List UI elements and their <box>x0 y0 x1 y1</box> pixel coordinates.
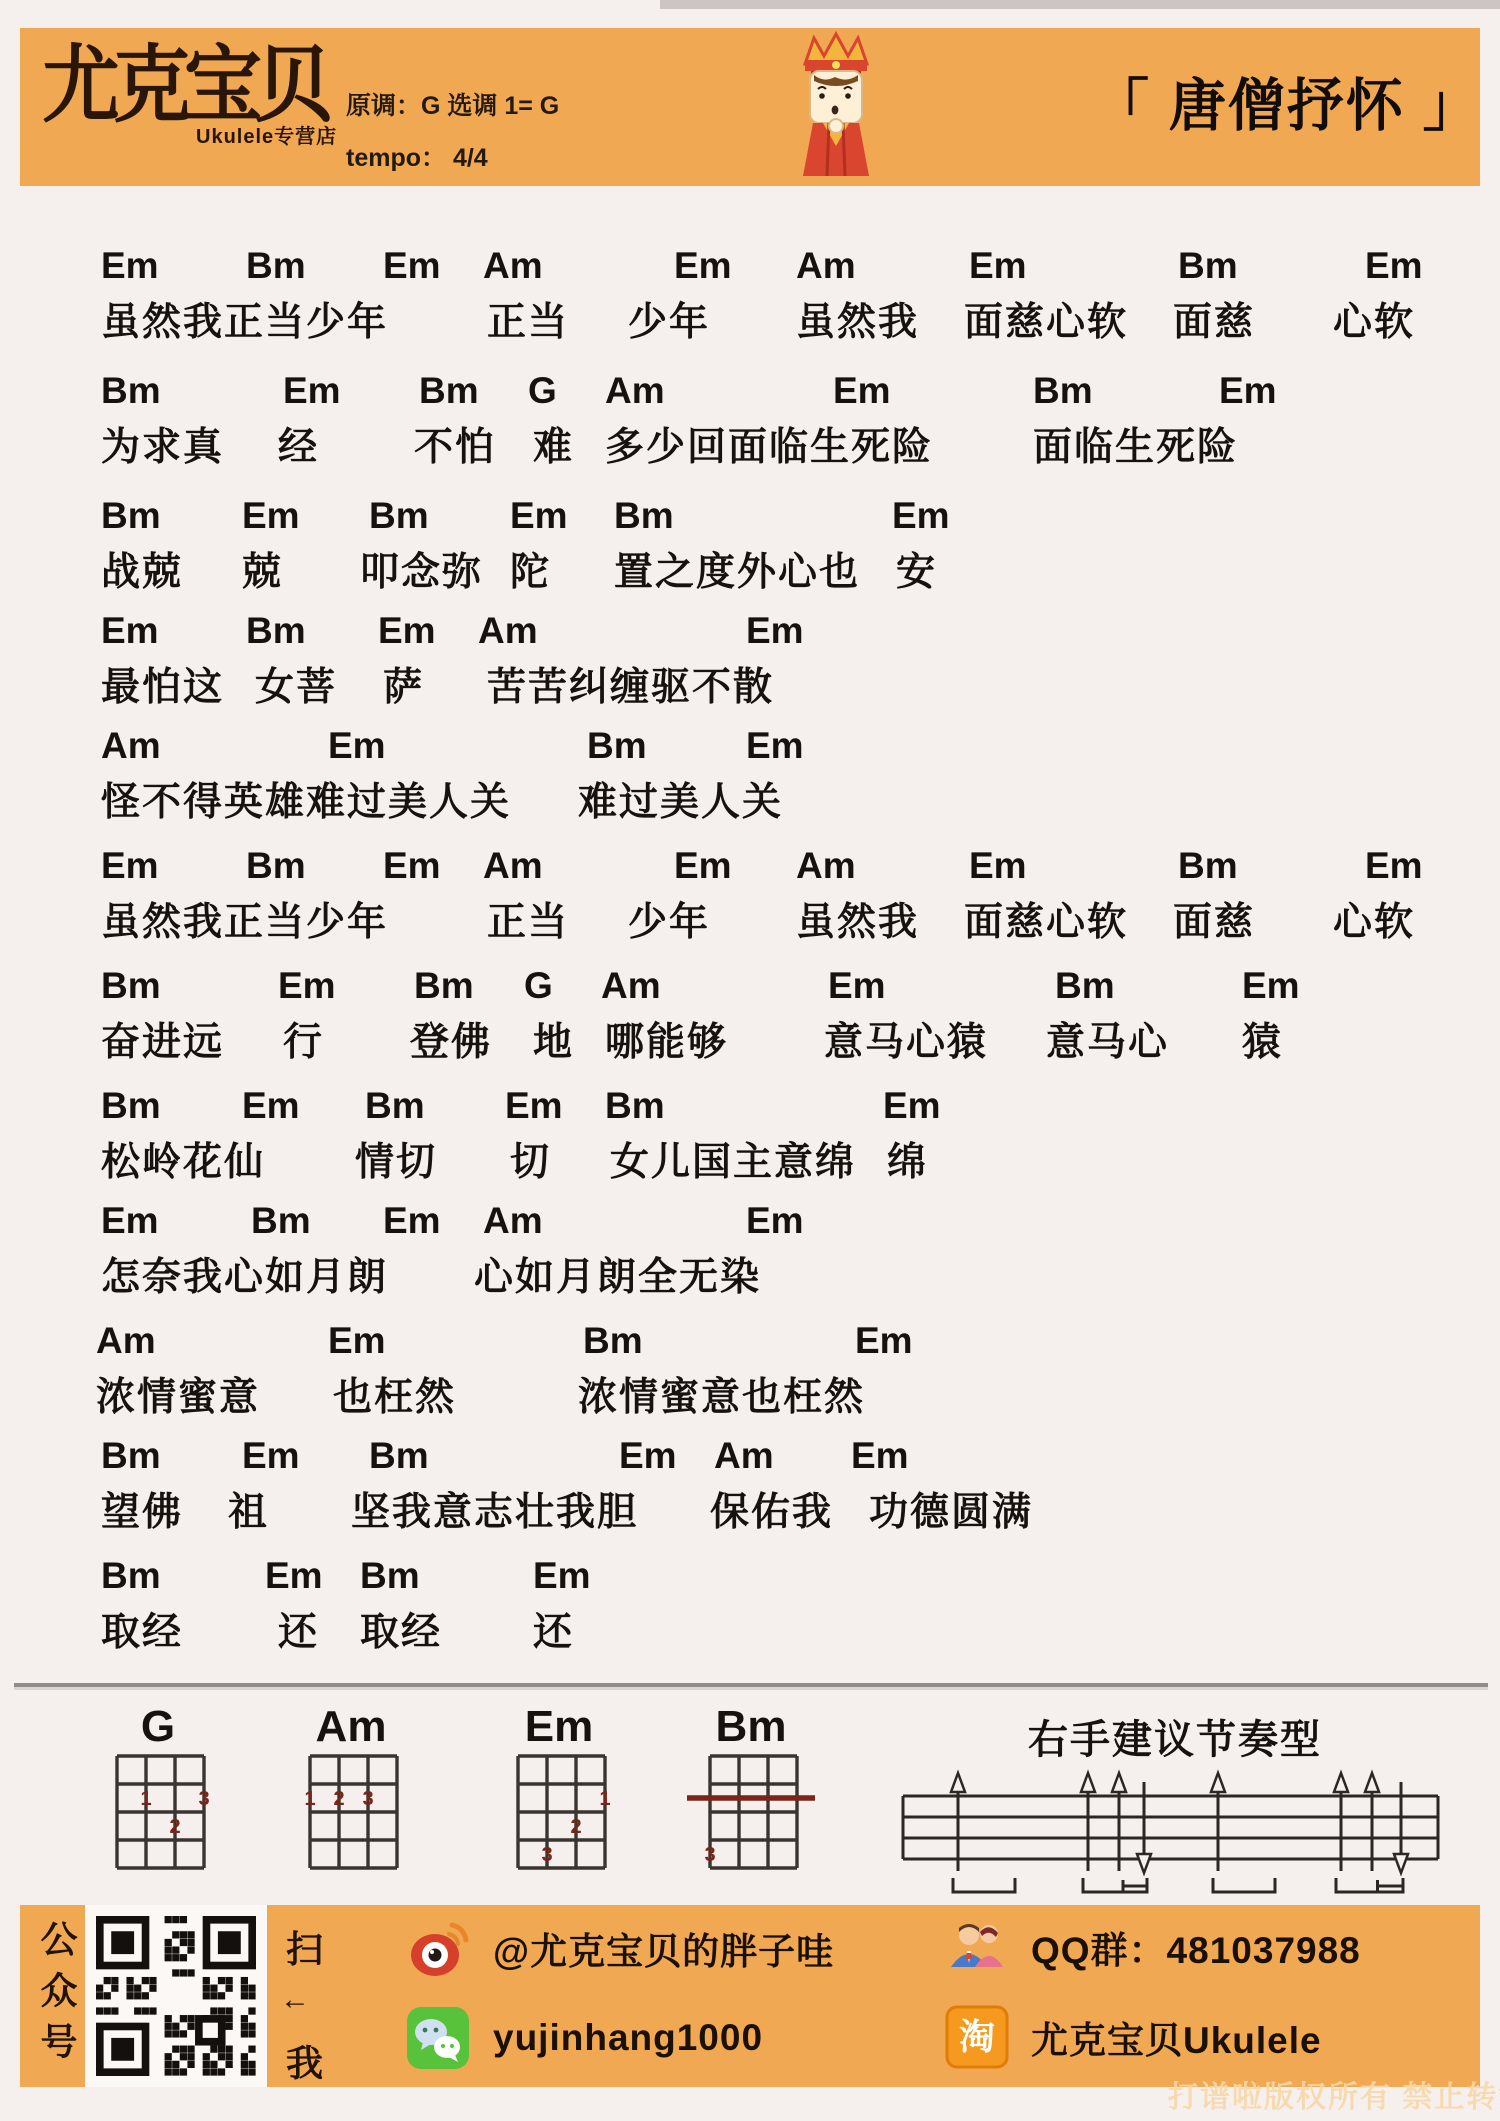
lyric-token: 行 <box>283 1011 324 1067</box>
lyric-token: 面临生死险 <box>1033 416 1238 472</box>
song-line: EmBmEmAmEm怎奈我心如月朗心如月朗全无染 <box>0 1200 1500 1300</box>
lyric-token: 还 <box>533 1601 574 1657</box>
scan-label-top: 扫 <box>286 1919 323 1973</box>
lyric-token: 安 <box>896 541 937 597</box>
lyric-token: 虽然我正当少年 <box>101 891 388 947</box>
chord-token: Bm <box>246 610 306 652</box>
chord-token: Bm <box>101 1085 161 1127</box>
chord-token: Bm <box>1055 965 1115 1007</box>
lyric-token: 少年 <box>628 891 710 947</box>
chord-token: Em <box>674 845 732 887</box>
chord-token: Em <box>510 495 568 537</box>
chord-token: Bm <box>101 1435 161 1477</box>
chord-grid: 3 <box>683 1752 819 1878</box>
svg-text:3: 3 <box>362 1788 373 1810</box>
song-line: AmEmBmEm浓情蜜意也枉然浓情蜜意也枉然 <box>0 1320 1500 1420</box>
qq-group-row: QQ群：481037988 <box>945 1915 1361 1979</box>
lyric-token: 置之度外心也 <box>614 541 860 597</box>
lyric-token: 浓情蜜意 <box>96 1366 260 1422</box>
chord-token: Em <box>892 495 950 537</box>
song-line: AmEmBmEm怪不得英雄难过美人关难过美人关 <box>0 725 1500 825</box>
chord-grid: 123 <box>283 1752 419 1878</box>
lyric-token: 为求真 <box>101 416 224 472</box>
chord-name: G <box>90 1702 226 1752</box>
chord-token: Am <box>714 1435 774 1477</box>
lyric-token: 切 <box>510 1131 551 1187</box>
chord-token: Em <box>969 845 1027 887</box>
chord-sheet-page: 尤克宝贝 Ukulele专营店 原调：G 选调 1= G tempo： 4/4 <box>0 0 1500 2121</box>
lyric-token: 叩念弥 <box>360 541 483 597</box>
chord-token: Bm <box>101 370 161 412</box>
chord-token: Bm <box>614 495 674 537</box>
chord-token: Em <box>101 845 159 887</box>
lyric-token: 取经 <box>360 1601 442 1657</box>
chord-token: Em <box>378 610 436 652</box>
lyric-token: 多少回面临生死险 <box>605 416 933 472</box>
chord-token: Em <box>101 610 159 652</box>
lyric-token: 陀 <box>510 541 551 597</box>
chord-token: Em <box>969 245 1027 287</box>
song-line: BmEmBmEmAmEm望佛祖坚我意志壮我胆保佑我功德圆满 <box>0 1435 1500 1535</box>
lyric-token: 望佛 <box>101 1481 183 1537</box>
lyric-token: 正当 <box>487 291 569 347</box>
lyric-token: 还 <box>278 1601 319 1657</box>
chord-token: Bm <box>101 965 161 1007</box>
lyric-token: 面慈心软 <box>964 891 1128 947</box>
taobao-shop-name: 尤克宝贝Ukulele <box>1031 2010 1322 2064</box>
lyric-token: 难 <box>533 416 574 472</box>
qq-group-number: QQ群：481037988 <box>1031 1920 1361 1974</box>
chord-token: Bm <box>1033 370 1093 412</box>
lyric-token: 意马心 <box>1046 1011 1169 1067</box>
lyric-token: 心软 <box>1333 291 1415 347</box>
svg-text:3: 3 <box>704 1844 715 1866</box>
lyric-token: 虽然我正当少年 <box>101 291 388 347</box>
song-line: BmEmBmGAmEmBmEm为求真经不怕难多少回面临生死险面临生死险 <box>0 370 1500 470</box>
chord-token: Em <box>242 1435 300 1477</box>
lyric-token: 取经 <box>101 1601 183 1657</box>
chord-name: Am <box>283 1702 419 1752</box>
chord-token: Em <box>101 245 159 287</box>
copyright-watermark: 打谱啦版权所有 禁止转载 <box>1168 2072 1500 2116</box>
chord-token: Am <box>601 965 661 1007</box>
svg-text:1: 1 <box>140 1788 151 1810</box>
qr-code-box <box>85 1905 267 2087</box>
chord-token: G <box>524 965 553 1007</box>
chord-token: Em <box>1365 245 1423 287</box>
qr-code <box>96 1916 256 2076</box>
svg-text:2: 2 <box>169 1816 180 1838</box>
chord-token: Em <box>328 725 386 767</box>
lyric-token: 最怕这 <box>101 656 224 712</box>
lyric-token: 苦苦纠缠驱不散 <box>487 656 774 712</box>
chord-token: G <box>528 370 557 412</box>
lyric-token: 登佛 <box>410 1011 492 1067</box>
scan-me-hint: 扫 ← 我 <box>278 1905 340 2087</box>
left-arrow-icon: ← <box>280 1983 310 2017</box>
chord-token: Em <box>383 845 441 887</box>
chord-diagram-Am: Am123 <box>283 1702 419 1883</box>
chord-token: Bm <box>583 1320 643 1362</box>
chord-diagram-Em: Em123 <box>491 1702 627 1883</box>
lyric-token: 猿 <box>1242 1011 1283 1067</box>
qq-group-icon <box>945 1915 1009 1979</box>
chord-token: Am <box>483 1200 543 1242</box>
lyric-token: 哪能够 <box>605 1011 728 1067</box>
chord-token: Am <box>478 610 538 652</box>
lyric-token: 意马心猿 <box>824 1011 988 1067</box>
song-line: BmEmBmEmBmEm战兢兢叩念弥陀置之度外心也安 <box>0 495 1500 595</box>
lyric-token: 面慈 <box>1173 291 1255 347</box>
chord-token: Em <box>746 1200 804 1242</box>
chord-token: Em <box>533 1555 591 1597</box>
lyric-token: 绵 <box>887 1131 928 1187</box>
chord-token: Em <box>283 370 341 412</box>
svg-text:2: 2 <box>570 1816 581 1838</box>
chord-grid: 123 <box>90 1752 226 1878</box>
chord-token: Em <box>101 1200 159 1242</box>
lyric-token: 不怕 <box>414 416 496 472</box>
chord-diagram-G: G123 <box>90 1702 226 1883</box>
lyric-token: 浓情蜜意也枉然 <box>578 1366 865 1422</box>
chord-token: Am <box>483 845 543 887</box>
chord-grid: 123 <box>491 1752 627 1878</box>
lyric-token: 经 <box>278 416 319 472</box>
lyric-token: 情切 <box>355 1131 437 1187</box>
footer-banner: 公众号 扫 ← 我 @尤克宝贝的胖子哇 <box>20 1905 1480 2087</box>
song-line: BmEmBmEm取经还取经还 <box>0 1555 1500 1655</box>
lyric-token: 也枉然 <box>333 1366 456 1422</box>
chord-token: Em <box>1219 370 1277 412</box>
lyric-token: 面慈 <box>1173 891 1255 947</box>
svg-text:3: 3 <box>541 1844 552 1866</box>
chord-token: Bm <box>1178 245 1238 287</box>
wechat-id: yujinhang1000 <box>493 2017 763 2059</box>
rhythm-pattern-staff <box>895 1768 1445 1900</box>
chord-token: Bm <box>365 1085 425 1127</box>
chord-token: Em <box>242 495 300 537</box>
chord-token: Em <box>1242 965 1300 1007</box>
taobao-icon: 淘 <box>945 2005 1009 2069</box>
song-line: EmBmEmAmEmAmEmBmEm虽然我正当少年正当少年虽然我面慈心软面慈心软 <box>0 245 1500 345</box>
svg-text:1: 1 <box>304 1788 315 1810</box>
chord-token: Am <box>101 725 161 767</box>
lyric-token: 女菩 <box>255 656 337 712</box>
svg-text:3: 3 <box>198 1788 209 1810</box>
chord-token: Am <box>605 370 665 412</box>
lyric-token: 功德圆满 <box>869 1481 1033 1537</box>
chord-token: Em <box>1365 845 1423 887</box>
chord-token: Em <box>746 725 804 767</box>
chord-token: Am <box>483 245 543 287</box>
chord-token: Em <box>746 610 804 652</box>
lyric-token: 兢 <box>242 541 283 597</box>
chord-diagram-Bm: Bm3 <box>683 1702 819 1883</box>
chord-token: Em <box>851 1435 909 1477</box>
weibo-row: @尤克宝贝的胖子哇 <box>405 1915 834 1981</box>
lyric-token: 心如月朗全无染 <box>474 1246 761 1302</box>
chord-token: Bm <box>587 725 647 767</box>
chord-token: Bm <box>101 1555 161 1597</box>
weibo-handle: @尤克宝贝的胖子哇 <box>493 1921 834 1975</box>
lyric-token: 地 <box>533 1011 574 1067</box>
public-account-label: 公众号 <box>30 1913 82 2079</box>
chord-token: Bm <box>414 965 474 1007</box>
chord-token: Em <box>505 1085 563 1127</box>
chord-token: Em <box>674 245 732 287</box>
svg-text:2: 2 <box>333 1788 344 1810</box>
chord-token: Em <box>383 245 441 287</box>
chord-token: Bm <box>101 495 161 537</box>
lyric-token: 坚我意志壮我胆 <box>351 1481 638 1537</box>
lyric-token: 心软 <box>1333 891 1415 947</box>
chord-token: Bm <box>360 1555 420 1597</box>
chord-token: Bm <box>419 370 479 412</box>
lyric-token: 女儿国主意绵 <box>610 1131 856 1187</box>
chord-token: Em <box>242 1085 300 1127</box>
chord-token: Em <box>855 1320 913 1362</box>
lyric-token: 怎奈我心如月朗 <box>101 1246 388 1302</box>
song-line: EmBmEmAmEmAmEmBmEm虽然我正当少年正当少年虽然我面慈心软面慈心软 <box>0 845 1500 945</box>
chord-token: Em <box>265 1555 323 1597</box>
lyric-token: 难过美人关 <box>578 771 783 827</box>
lyric-token: 怪不得英雄难过美人关 <box>101 771 511 827</box>
chord-token: Em <box>833 370 891 412</box>
lyric-token: 虽然我 <box>796 891 919 947</box>
lyric-token: 面慈心软 <box>964 291 1128 347</box>
chord-token: Em <box>383 1200 441 1242</box>
chord-token: Am <box>96 1320 156 1362</box>
wechat-row: yujinhang1000 <box>405 2005 763 2071</box>
lyric-token: 松岭花仙 <box>101 1131 265 1187</box>
wechat-icon <box>405 2005 471 2071</box>
taobao-row: 淘 尤克宝贝Ukulele <box>945 2005 1322 2069</box>
lyric-token: 战兢 <box>101 541 183 597</box>
chord-token: Bm <box>369 1435 429 1477</box>
section-divider <box>14 1683 1488 1690</box>
chord-token: Em <box>619 1435 677 1477</box>
chord-token: Bm <box>246 245 306 287</box>
chord-token: Bm <box>251 1200 311 1242</box>
chord-token: Em <box>328 1320 386 1362</box>
chord-token: Am <box>796 245 856 287</box>
song-lines: EmBmEmAmEmAmEmBmEm虽然我正当少年正当少年虽然我面慈心软面慈心软… <box>0 0 1500 1690</box>
chord-token: Em <box>828 965 886 1007</box>
lyric-token: 少年 <box>628 291 710 347</box>
chord-token: Em <box>883 1085 941 1127</box>
lyric-token: 萨 <box>383 656 424 712</box>
chord-token: Bm <box>369 495 429 537</box>
lyric-token: 虽然我 <box>796 291 919 347</box>
lyric-token: 奋进远 <box>101 1011 224 1067</box>
song-line: BmEmBmGAmEmBmEm奋进远行登佛地哪能够意马心猿意马心猿 <box>0 965 1500 1065</box>
weibo-icon <box>405 1915 471 1981</box>
song-line: BmEmBmEmBmEm松岭花仙情切切女儿国主意绵绵 <box>0 1085 1500 1185</box>
chord-token: Bm <box>1178 845 1238 887</box>
lyric-token: 祖 <box>228 1481 269 1537</box>
lyric-token: 正当 <box>487 891 569 947</box>
chord-token: Bm <box>605 1085 665 1127</box>
song-line: EmBmEmAmEm最怕这女菩萨苦苦纠缠驱不散 <box>0 610 1500 710</box>
svg-text:淘: 淘 <box>959 2016 995 2057</box>
rhythm-pattern-title: 右手建议节奏型 <box>1028 1708 1322 1765</box>
chord-name: Bm <box>683 1702 819 1752</box>
chord-token: Em <box>278 965 336 1007</box>
svg-text:1: 1 <box>599 1788 610 1810</box>
chord-token: Am <box>796 845 856 887</box>
chord-name: Em <box>491 1702 627 1752</box>
lyric-token: 保佑我 <box>710 1481 833 1537</box>
scan-label-bottom: 我 <box>286 2033 323 2087</box>
chord-token: Bm <box>246 845 306 887</box>
